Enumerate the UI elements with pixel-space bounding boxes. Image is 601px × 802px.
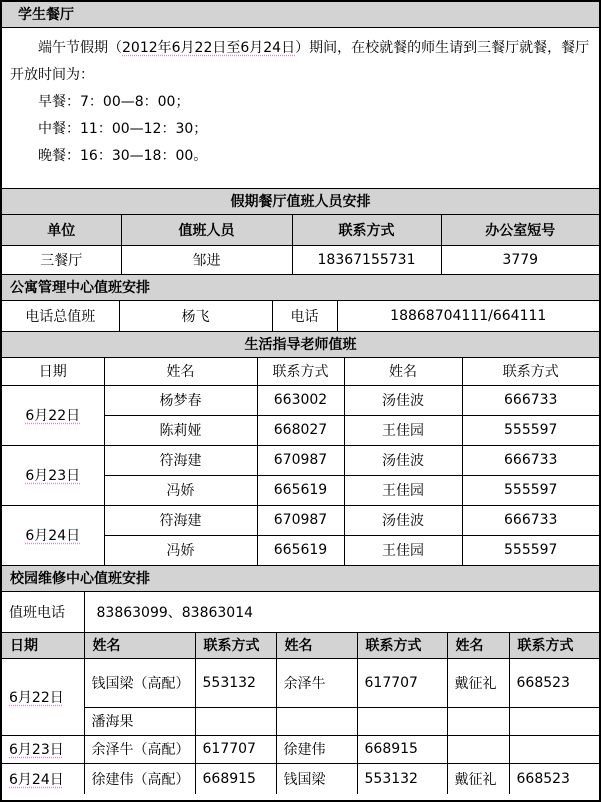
table-cell: 617707: [195, 735, 276, 763]
date-cell: 6月24日: [2, 505, 104, 565]
table-row: 电话总值班 杨飞 电话 18868704111/664111: [2, 301, 599, 332]
table-cell: 665619: [257, 535, 344, 565]
table-cell: 668523: [509, 658, 599, 707]
section-title-apartment: 公寓管理中心值班安排: [2, 275, 599, 301]
table-cell: 668027: [257, 415, 344, 445]
table-cell: 余泽牛: [276, 658, 357, 707]
table-cell: 666733: [462, 385, 599, 415]
table-cell: 戴征礼: [447, 658, 509, 707]
table-row: 6月23日 余泽牛（高配） 617707 徐建伟 668915: [2, 735, 599, 763]
table-cell: 三餐厅: [2, 245, 121, 274]
header-cell: 联系方式: [357, 633, 447, 658]
date-text: 6月22日: [9, 690, 64, 706]
header-cell: 日期: [2, 633, 84, 658]
date-cell: 6月24日: [2, 763, 84, 794]
table-cell: 553132: [357, 763, 447, 794]
table-cell: 符海建: [104, 445, 257, 475]
table-cell: [447, 707, 509, 735]
table-cell: 18868704111/664111: [337, 301, 599, 332]
table-cell: 冯娇: [104, 475, 257, 505]
date-cell: 6月23日: [2, 735, 84, 763]
table-row: 三餐厅 邹进 18367155731 3779: [2, 245, 599, 274]
table-cell: 668523: [509, 763, 599, 794]
table-cell: 余泽牛（高配）: [84, 735, 195, 763]
life-teachers-table: 日期 姓名 联系方式 姓名 联系方式 6月22日 杨梦春 663002 汤佳波 …: [2, 358, 599, 566]
table-row: 6月24日 符海建 670987 汤佳波 666733: [2, 505, 599, 535]
date-text: 6月23日: [25, 468, 80, 484]
maintenance-phone-table: 值班电话 83863099、83863014: [2, 592, 599, 634]
table-cell: [509, 735, 599, 763]
table-row: 潘海果: [2, 707, 599, 735]
header-cell: 联系方式: [292, 215, 441, 245]
table-cell: 555597: [462, 535, 599, 565]
table-cell: 电话总值班: [2, 301, 119, 332]
date-cell: 6月22日: [2, 658, 84, 735]
table-cell: 665619: [257, 475, 344, 505]
maintenance-duty-table: 日期 姓名 联系方式 姓名 联系方式 姓名 联系方式 6月22日 钱国梁（高配）…: [2, 633, 599, 794]
date-text: 6月22日: [25, 408, 80, 424]
section-title-holiday-staff: 假期餐厅值班人员安排: [2, 189, 599, 215]
dinner-time: 晚餐：16：30—18：00。: [38, 143, 591, 170]
table-cell: 杨梦春: [104, 385, 257, 415]
date-cell: 6月22日: [2, 385, 104, 445]
table-cell: 553132: [195, 658, 276, 707]
table-cell: 王佳园: [344, 535, 462, 565]
table-cell: 668915: [195, 763, 276, 794]
table-cell: 汤佳波: [344, 385, 462, 415]
table-cell: 电话: [272, 301, 337, 332]
phone-label-cell: 值班电话: [2, 592, 84, 633]
date-text: 6月24日: [25, 528, 80, 544]
table-row: 值班电话 83863099、83863014: [2, 592, 599, 633]
table-cell: 戴征礼: [447, 763, 509, 794]
table-cell: 663002: [257, 385, 344, 415]
section-title-life-teachers: 生活指导老师值班: [2, 332, 599, 358]
header-cell: 联系方式: [257, 358, 344, 385]
phone-numbers-cell: 83863099、83863014: [84, 592, 599, 633]
header-cell: 姓名: [84, 633, 195, 658]
header-cell: 姓名: [104, 358, 257, 385]
table-cell: 18367155731: [292, 245, 441, 274]
date-text: 6月24日: [9, 772, 64, 788]
date-cell: 6月23日: [2, 445, 104, 505]
header-cell: 姓名: [447, 633, 509, 658]
table-cell: [357, 707, 447, 735]
table-cell: [509, 707, 599, 735]
header-cell: 单位: [2, 215, 121, 245]
table-cell: 冯娇: [104, 535, 257, 565]
header-cell: 联系方式: [195, 633, 276, 658]
table-cell: 555597: [462, 415, 599, 445]
table-cell: 555597: [462, 475, 599, 505]
table-row: 6月22日 杨梦春 663002 汤佳波 666733: [2, 385, 599, 415]
header-cell: 值班人员: [121, 215, 292, 245]
table-cell: 徐建伟（高配）: [84, 763, 195, 794]
table-cell: 670987: [257, 445, 344, 475]
header-cell: 日期: [2, 358, 104, 385]
table-header-row: 单位 值班人员 联系方式 办公室短号: [2, 215, 599, 245]
table-cell: 徐建伟: [276, 735, 357, 763]
intro-paragraph: 端午节假期（2012年6月22日至6月24日）期间，在校就餐的师生请到三餐厅就餐…: [10, 35, 591, 89]
table-cell: 汤佳波: [344, 445, 462, 475]
header-cell: 联系方式: [509, 633, 599, 658]
table-cell: 670987: [257, 505, 344, 535]
table-row: 6月22日 钱国梁（高配） 553132 余泽牛 617707 戴征礼 6685…: [2, 658, 599, 707]
table-cell: 617707: [357, 658, 447, 707]
table-cell: 符海建: [104, 505, 257, 535]
holiday-staff-table: 单位 值班人员 联系方式 办公室短号 三餐厅 邹进 18367155731 37…: [2, 215, 599, 275]
section-title-maintenance: 校园维修中心值班安排: [2, 566, 599, 592]
table-cell: [195, 707, 276, 735]
header-cell: 联系方式: [462, 358, 599, 385]
date-range-text: 2012年6月22日至6月24日: [122, 40, 295, 56]
table-header-row: 日期 姓名 联系方式 姓名 联系方式 姓名 联系方式: [2, 633, 599, 658]
lunch-time: 中餐：11：00—12：30；: [38, 116, 591, 143]
apartment-duty-table: 电话总值班 杨飞 电话 18868704111/664111: [2, 301, 599, 333]
date-text: 6月23日: [9, 742, 64, 758]
table-cell: [276, 707, 357, 735]
breakfast-time: 早餐：7：00—8：00；: [38, 89, 591, 116]
table-row: 6月24日 徐建伟（高配） 668915 钱国梁 553132 戴征礼 6685…: [2, 763, 599, 794]
table-cell: 钱国梁（高配）: [84, 658, 195, 707]
table-cell: 666733: [462, 445, 599, 475]
table-header-row: 日期 姓名 联系方式 姓名 联系方式: [2, 358, 599, 385]
table-cell: [447, 735, 509, 763]
intro-section: 端午节假期（2012年6月22日至6月24日）期间，在校就餐的师生请到三餐厅就餐…: [2, 28, 599, 189]
table-cell: 666733: [462, 505, 599, 535]
document: 学生餐厅 端午节假期（2012年6月22日至6月24日）期间，在校就餐的师生请到…: [0, 0, 601, 802]
table-cell: 杨飞: [119, 301, 272, 332]
table-cell: 陈莉娅: [104, 415, 257, 445]
table-cell: 王佳园: [344, 415, 462, 445]
header-cell: 办公室短号: [441, 215, 599, 245]
table-cell: 3779: [441, 245, 599, 274]
header-cell: 姓名: [344, 358, 462, 385]
table-cell: 668915: [357, 735, 447, 763]
header-cell: 姓名: [276, 633, 357, 658]
table-row: 6月23日 符海建 670987 汤佳波 666733: [2, 445, 599, 475]
table-cell: 邹进: [121, 245, 292, 274]
page-title: 学生餐厅: [2, 2, 599, 28]
table-cell: 钱国梁: [276, 763, 357, 794]
table-cell: 王佳园: [344, 475, 462, 505]
table-cell: 潘海果: [84, 707, 195, 735]
table-cell: 汤佳波: [344, 505, 462, 535]
intro-text-pre: 端午节假期（: [38, 40, 122, 56]
